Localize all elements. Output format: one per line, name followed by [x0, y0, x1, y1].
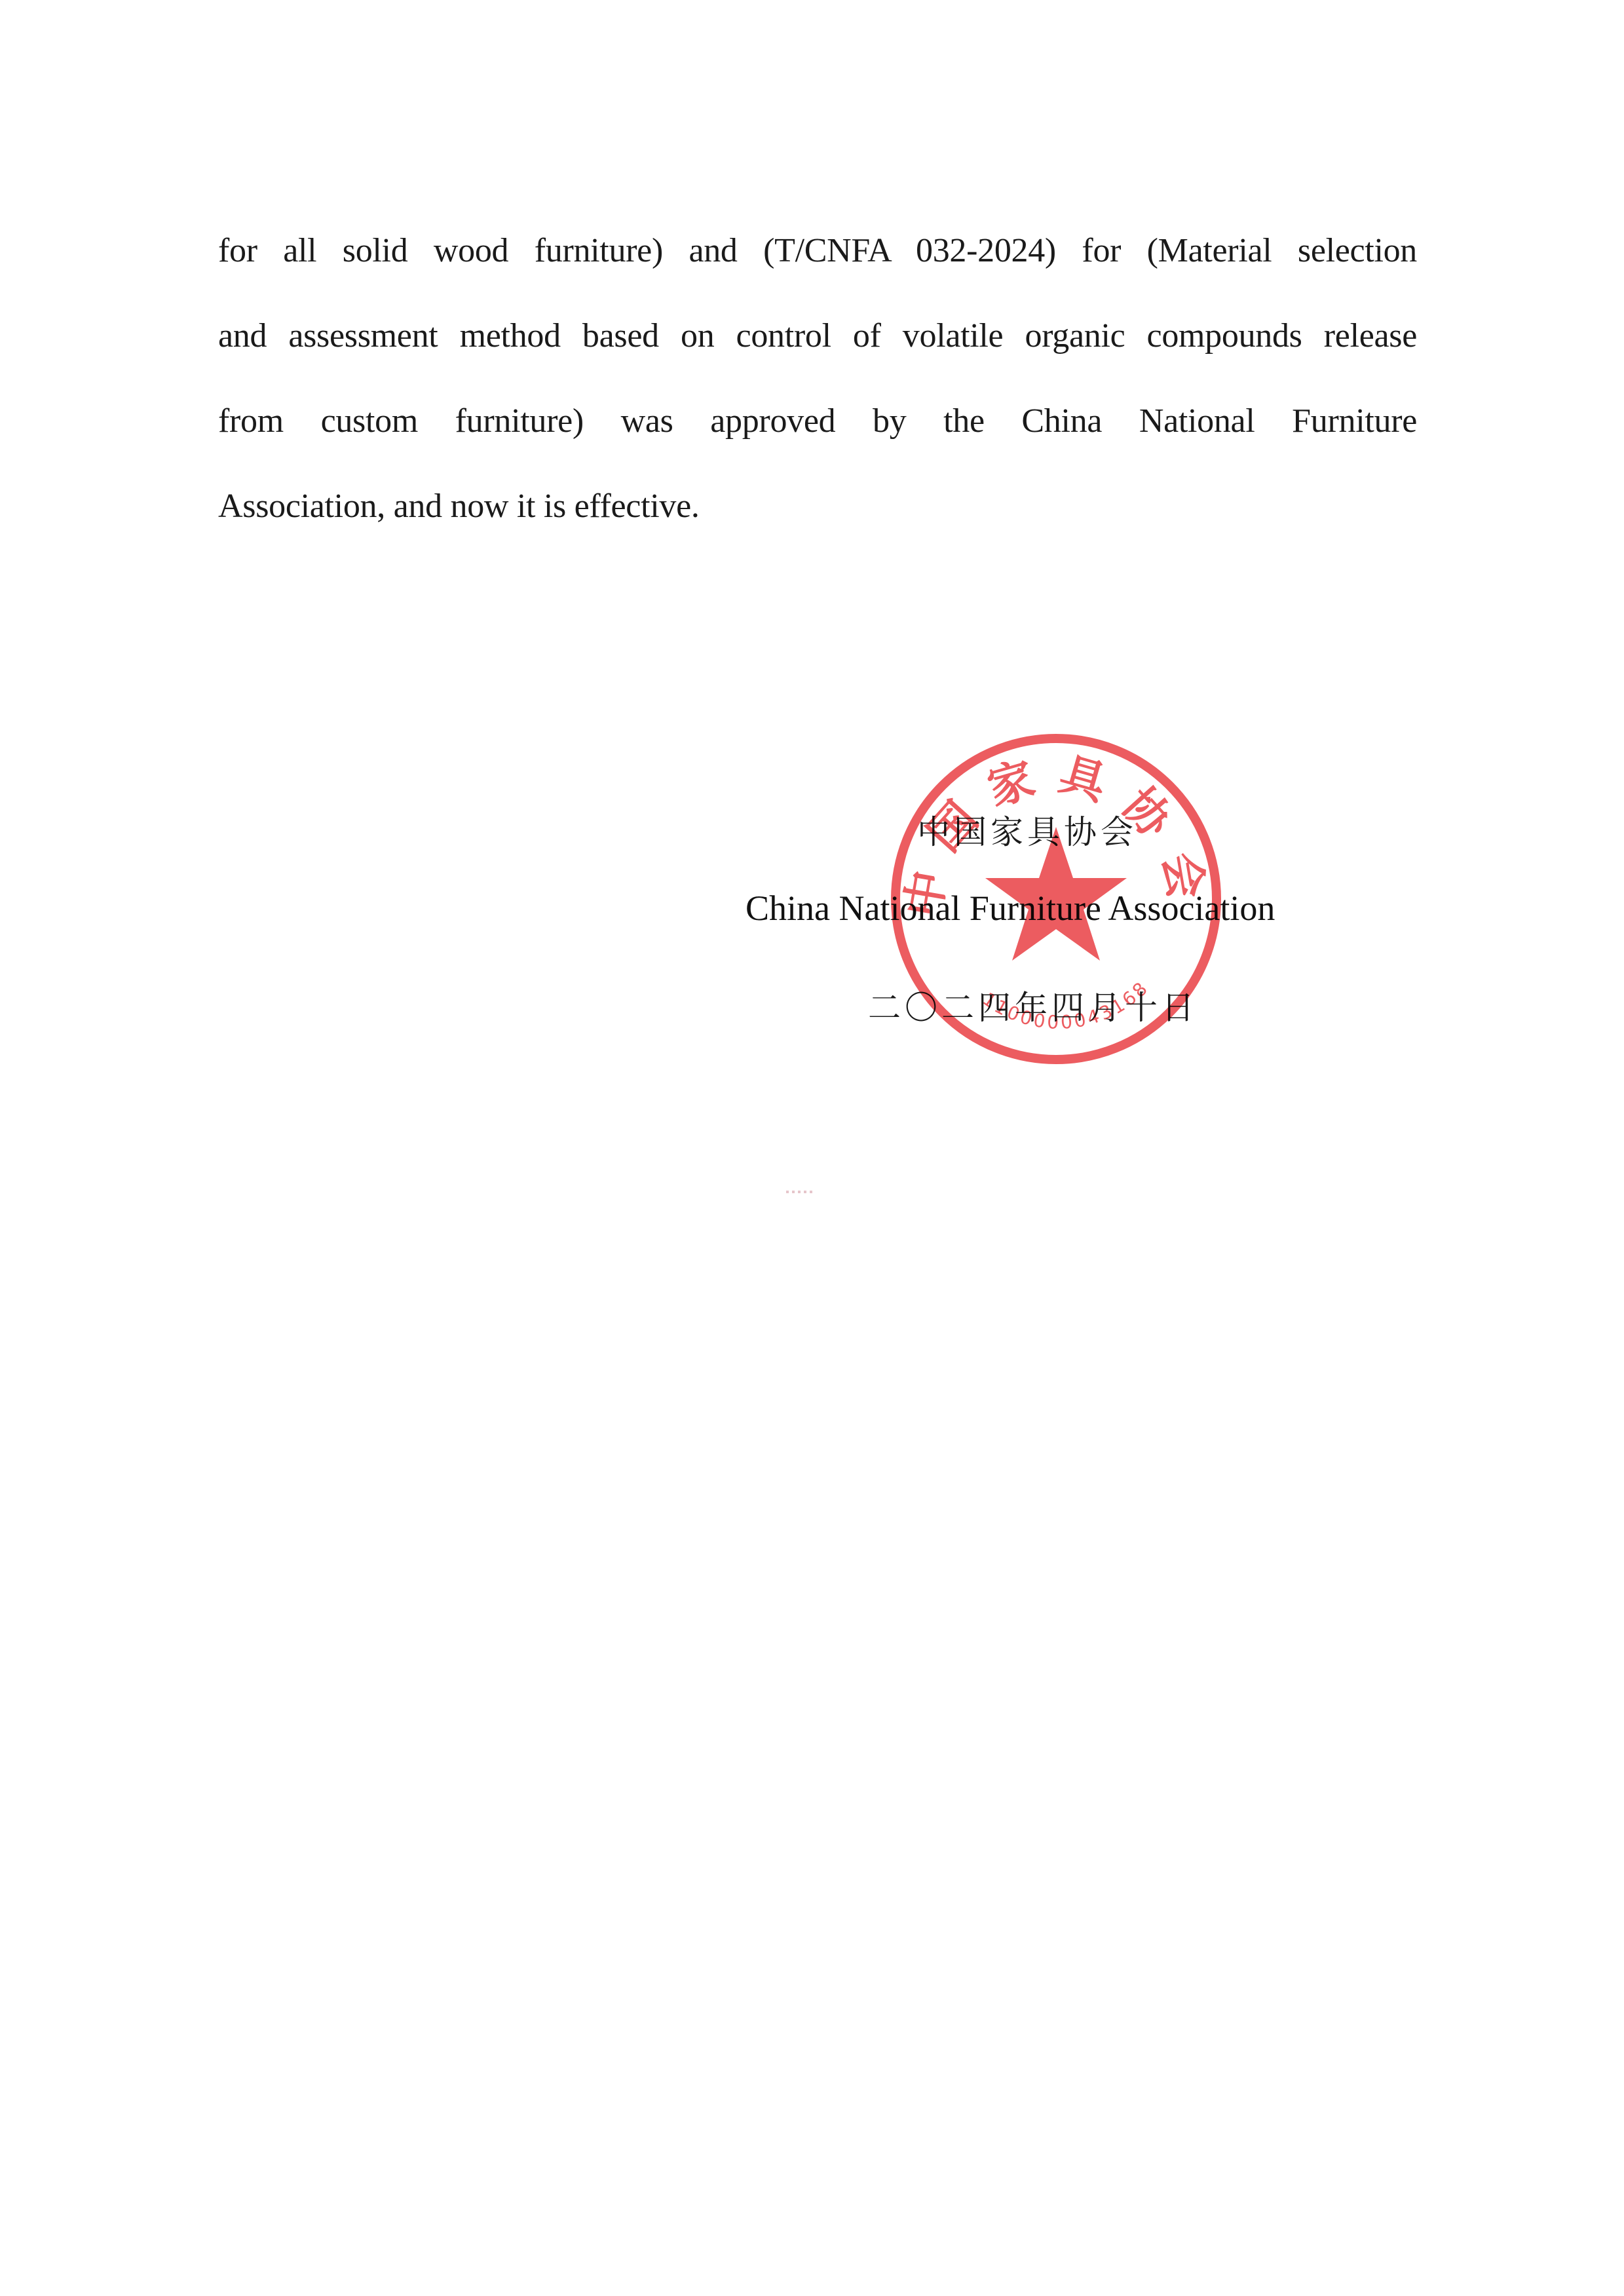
body-line: and assessment method based on control o… — [218, 294, 1417, 379]
signature-date: 二〇二四年四月十日 — [868, 982, 1198, 1029]
body-line: Association, and now it is effective. — [218, 464, 1417, 549]
body-line: for all solid wood furniture) and (T/CNF… — [218, 208, 1417, 294]
scan-artifact — [786, 1191, 812, 1193]
body-paragraph: for all solid wood furniture) and (T/CNF… — [218, 208, 1417, 549]
org-name-chinese: 中国家具协会 — [917, 806, 1137, 853]
body-line: from custom furniture) was approved by t… — [218, 379, 1417, 464]
document-page: for all solid wood furniture) and (T/CNF… — [0, 0, 1624, 2296]
org-name-english: China National Furniture Association — [746, 888, 1275, 928]
